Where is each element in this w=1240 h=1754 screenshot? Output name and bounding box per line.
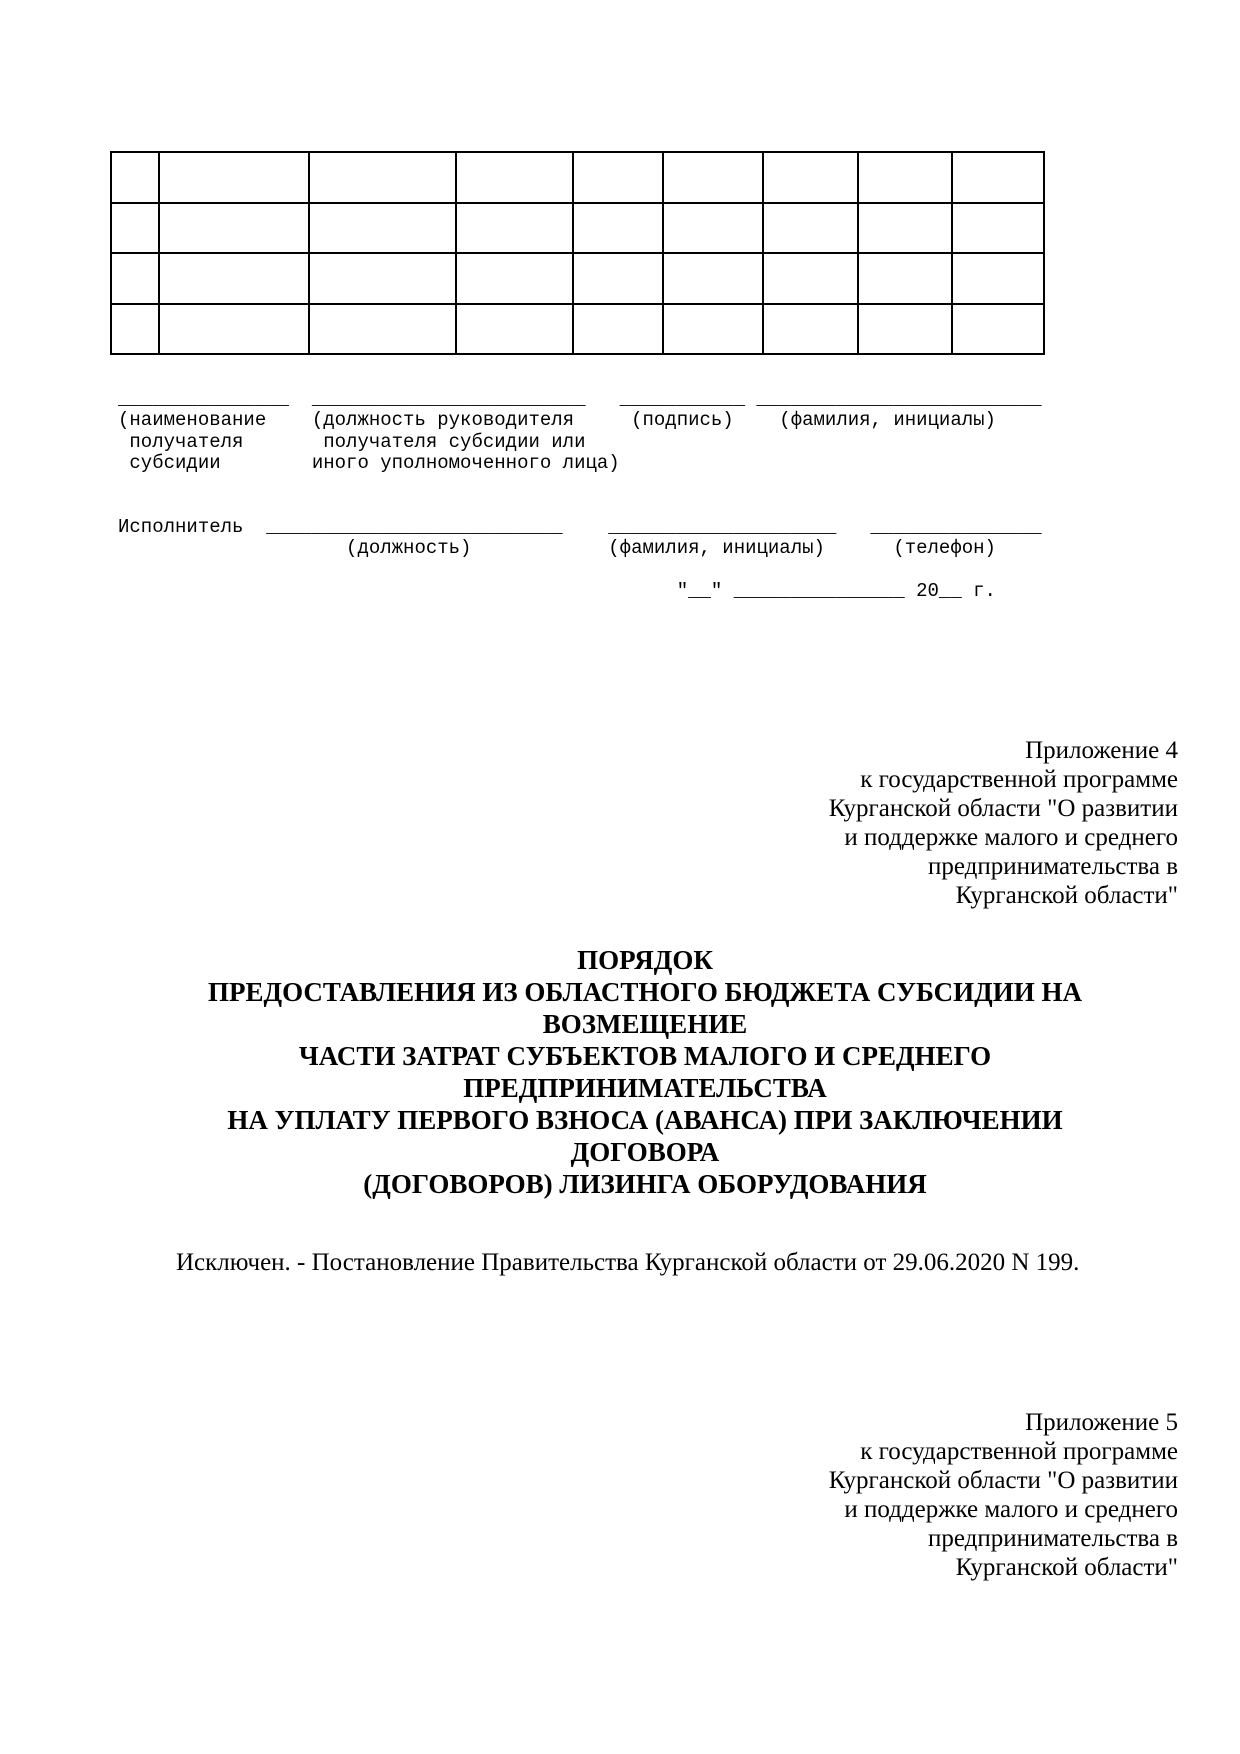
table-cell [858,203,952,254]
table-cell [663,304,763,355]
table-cell [573,253,663,304]
table-cell [763,304,858,355]
table-cell [111,253,159,304]
table-cell [111,203,159,254]
empty-form-table [110,151,1045,355]
table-cell [159,152,309,203]
table-cell [111,152,159,203]
table-cell [952,253,1044,304]
table-cell [952,152,1044,203]
table-cell [456,304,573,355]
appendix-5-reference: Приложение 5 к государственной программе… [658,1408,1178,1582]
table-cell [456,152,573,203]
table-cell [858,152,952,203]
table-cell [309,203,456,254]
table-cell [309,152,456,203]
table-cell [763,203,858,254]
appendix-4-reference: Приложение 4 к государственной программе… [658,736,1178,910]
table-cell [456,253,573,304]
table-cell [309,253,456,304]
table-cell [309,304,456,355]
excluded-note: Исключен. - Постановление Правительства … [176,1248,1079,1277]
document-page: _______________ ________________________… [0,0,1240,1754]
table-cell [159,203,309,254]
table-cell [952,203,1044,254]
table-cell [858,304,952,355]
table-cell [952,304,1044,355]
table-cell [573,203,663,254]
table-cell [663,253,763,304]
table-cell [111,304,159,355]
table-cell [663,203,763,254]
table-row [111,152,1044,203]
table-cell [663,152,763,203]
table-cell [456,203,573,254]
signature-block: _______________ ________________________… [118,389,1042,602]
table-cell [763,253,858,304]
table-cell [573,152,663,203]
table-row [111,253,1044,304]
table-cell [858,253,952,304]
table-row [111,203,1044,254]
table-cell [159,304,309,355]
table-row [111,304,1044,355]
table-cell [159,253,309,304]
table-cell [573,304,663,355]
table-cell [763,152,858,203]
order-title-heading: ПОРЯДОК ПРЕДОСТАВЛЕНИЯ ИЗ ОБЛАСТНОГО БЮД… [110,944,1180,1200]
